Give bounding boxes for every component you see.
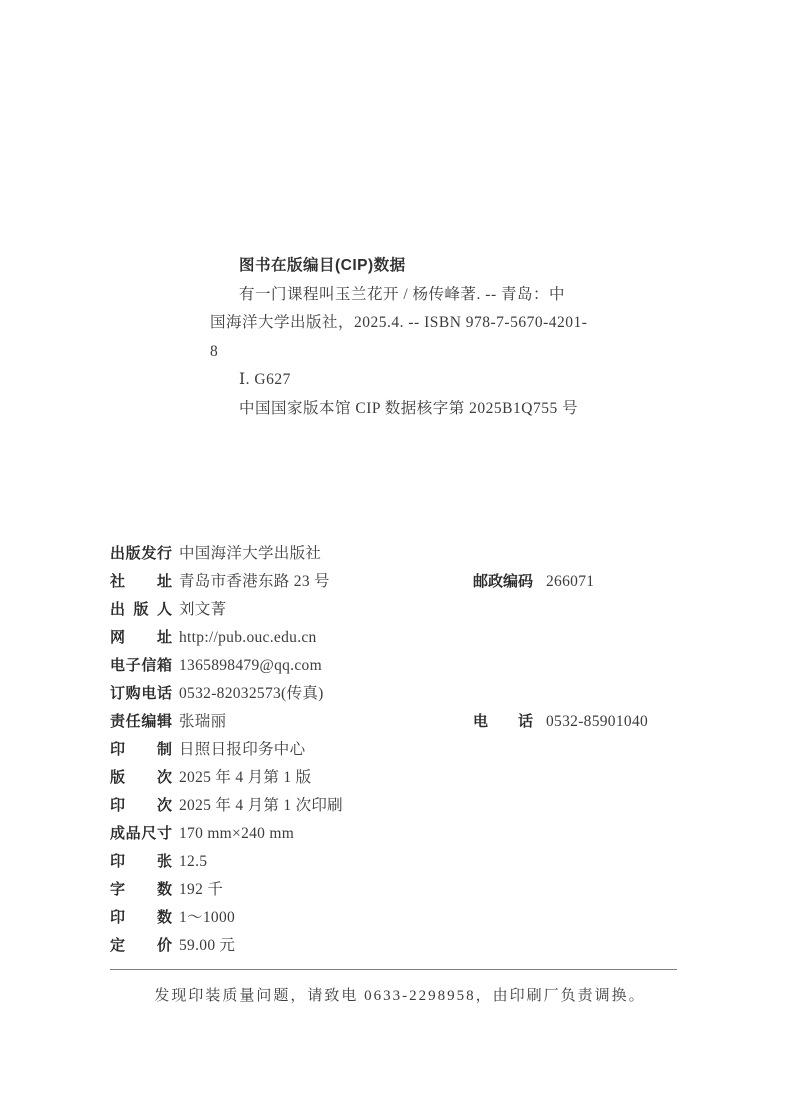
divider-line [110,969,677,970]
field-label: 社址 [110,568,172,596]
field-value: 日照日报印务中心 [179,741,305,758]
field-value: 1～1000 [179,909,235,926]
cip-classification-line: Ⅰ. G627 [210,366,610,395]
field-label: 订购电话 [110,680,172,708]
field-label: 字数 [110,876,172,904]
field-value: 2025 年 4 月第 1 次印刷 [179,797,343,814]
field-label: 成品尺寸 [110,820,172,848]
colophon-block: 出版发行中国海洋大学出版社 社址青岛市香港东路 23 号 邮政编码266071 … [110,540,730,960]
copyright-page: 图书在版编目(CIP)数据 有一门课程叫玉兰花开 / 杨传峰著. -- 青岛：中… [0,0,799,1118]
colophon-row-publisher: 出版发行中国海洋大学出版社 [110,540,730,568]
postal-code-group: 邮政编码266071 [473,568,594,596]
field-label: 网址 [110,624,172,652]
cip-registry-line: 中国国家版本馆 CIP 数据核字第 2025B1Q755 号 [210,395,610,424]
field-value: 1365898479@qq.com [179,657,322,674]
colophon-row-word-count: 字数192 千 [110,876,730,904]
field-label: 电子信箱 [110,652,172,680]
field-label: 出版人 [110,596,172,624]
field-value: 2025 年 4 月第 1 版 [179,769,311,786]
field-label: 版次 [110,764,172,792]
colophon-row-email: 电子信箱1365898479@qq.com [110,652,730,680]
colophon-row-order-phone: 订购电话0532-82032573(传真) [110,680,730,708]
field-value: 青岛市香港东路 23 号 [179,573,330,590]
cip-record-line: 国海洋大学出版社，2025.4. -- ISBN 978-7-5670-4201… [210,309,610,338]
field-value: 张瑞丽 [179,713,226,730]
colophon-row-price: 定价59.00 元 [110,932,730,960]
cip-heading: 图书在版编目(CIP)数据 [210,252,610,281]
cip-data-block: 图书在版编目(CIP)数据 有一门课程叫玉兰花开 / 杨传峰著. -- 青岛：中… [210,252,610,424]
field-label: 出版发行 [110,540,172,568]
field-value: 12.5 [179,853,207,870]
phone-group: 电话0532-85901040 [473,708,648,736]
colophon-row-sheets: 印张12.5 [110,848,730,876]
field-value: 59.00 元 [179,937,235,954]
colophon-row-website: 网址http://pub.ouc.edu.cn [110,624,730,652]
colophon-row-publisher-person: 出版人刘文菁 [110,596,730,624]
colophon-row-edition: 版次2025 年 4 月第 1 版 [110,764,730,792]
colophon-row-printer: 印制日照日报印务中心 [110,736,730,764]
field-label: 印张 [110,848,172,876]
colophon-row-editor: 责任编辑张瑞丽 电话0532-85901040 [110,708,730,736]
cip-record-line: 8 [210,338,610,367]
field-label: 印制 [110,736,172,764]
colophon-row-trim-size: 成品尺寸170 mm×240 mm [110,820,730,848]
field-value: 中国海洋大学出版社 [179,545,321,562]
colophon-row-impression: 印次2025 年 4 月第 1 次印刷 [110,792,730,820]
colophon-row-print-run: 印数1～1000 [110,904,730,932]
field-label: 印次 [110,792,172,820]
field-value: 192 千 [179,881,223,898]
field-label: 责任编辑 [110,708,172,736]
field-value: 266071 [546,573,594,590]
field-value: 0532-85901040 [546,713,648,730]
field-label: 定价 [110,932,172,960]
field-label: 邮政编码 [473,568,533,596]
field-value: 0532-82032573(传真) [179,685,324,702]
field-label: 电话 [473,708,533,736]
field-value: 170 mm×240 mm [179,825,294,842]
colophon-row-address: 社址青岛市香港东路 23 号 邮政编码266071 [110,568,730,596]
field-label: 印数 [110,904,172,932]
field-value: http://pub.ouc.edu.cn [179,629,317,646]
cip-record-line: 有一门课程叫玉兰花开 / 杨传峰著. -- 青岛：中 [210,281,610,310]
field-value: 刘文菁 [179,601,226,618]
quality-notice: 发现印装质量问题，请致电 0633-2298958，由印刷厂负责调换。 [100,984,700,1008]
